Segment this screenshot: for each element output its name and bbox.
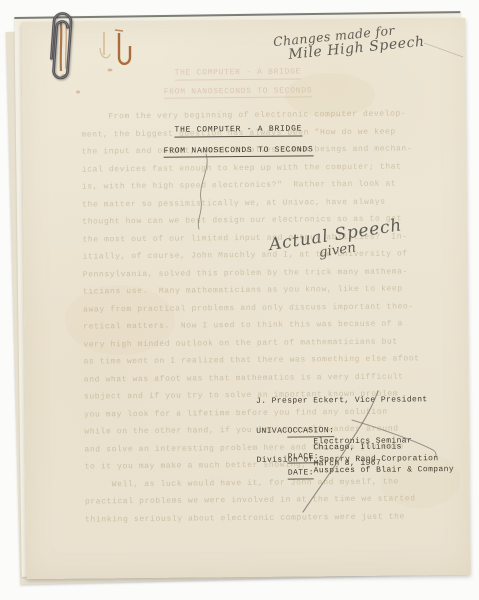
crease-mark [424, 43, 463, 57]
rust-clip-ghost [100, 48, 110, 58]
rust-spot [108, 69, 113, 72]
paperclip-icon [39, 4, 85, 97]
pencil-stroke-cross [352, 420, 436, 457]
scanned-typescript-page: From the very beginning of electronic co… [0, 0, 479, 600]
rust-clip-ghost [115, 30, 123, 31]
age-stain [285, 73, 375, 117]
pencil-squiggle [198, 154, 207, 229]
age-stain [65, 285, 175, 355]
pencil-stroke-long [303, 391, 378, 512]
age-stain [380, 452, 460, 508]
rust-clip-ghost [119, 33, 130, 64]
